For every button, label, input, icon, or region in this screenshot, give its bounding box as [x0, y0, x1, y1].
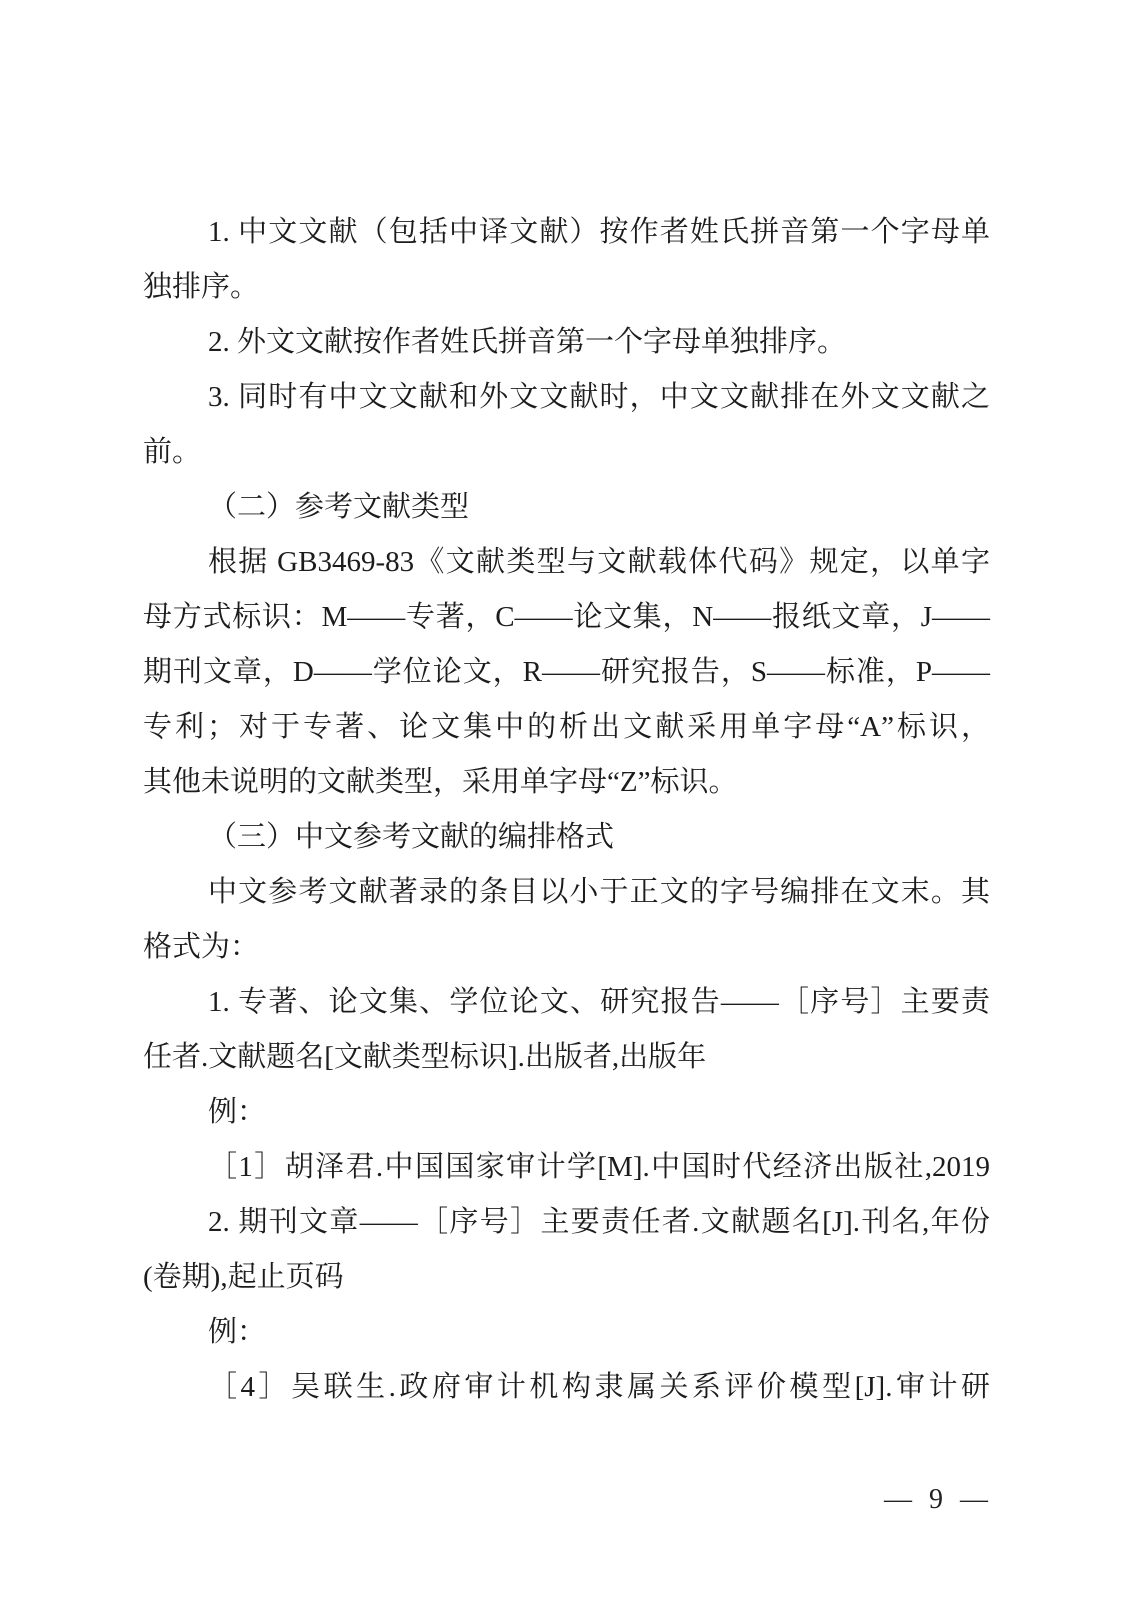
text-line: （二）参考文献类型 — [143, 480, 990, 535]
body-text: 1. 中文文献（包括中译文献）按作者姓氏拼音第一个字母单独排序。2. 外文文献按… — [143, 205, 990, 1415]
text-line: 专利；对于专著、论文集中的析出文献采用单字母“A”标识， — [143, 700, 990, 755]
text-line: 期刊文章，D——学位论文，R——研究报告，S——标准，P—— — [143, 645, 990, 700]
text-line: ［4］吴联生.政府审计机构隶属关系评价模型[J].审计研 — [143, 1360, 990, 1415]
page-number: — 9 — — [884, 1480, 993, 1520]
text-line: 母方式标识：M——专著，C——论文集，N——报纸文章，J—— — [143, 590, 990, 645]
text-line: 例： — [143, 1305, 990, 1360]
text-line: 1. 中文文献（包括中译文献）按作者姓氏拼音第一个字母单 — [143, 205, 990, 260]
text-line: ［1］胡泽君.中国国家审计学[M].中国时代经济出版社,2019 — [143, 1140, 990, 1195]
text-line: 根据 GB3469-83《文献类型与文献载体代码》规定，以单字 — [143, 535, 990, 590]
text-line: 任者.文献题名[文献类型标识].出版者,出版年 — [143, 1030, 990, 1085]
text-line: 2. 期刊文章——［序号］主要责任者.文献题名[J].刊名,年份 — [143, 1195, 990, 1250]
text-line: 1. 专著、论文集、学位论文、研究报告——［序号］主要责 — [143, 975, 990, 1030]
text-line: 其他未说明的文献类型，采用单字母“Z”标识。 — [143, 755, 990, 810]
text-line: 2. 外文文献按作者姓氏拼音第一个字母单独排序。 — [143, 315, 990, 370]
text-line: 独排序。 — [143, 260, 990, 315]
text-line: 例： — [143, 1085, 990, 1140]
text-line: 格式为： — [143, 920, 990, 975]
document-page: 1. 中文文献（包括中译文献）按作者姓氏拼音第一个字母单独排序。2. 外文文献按… — [0, 0, 1131, 1600]
text-line: 前。 — [143, 425, 990, 480]
text-line: 中文参考文献著录的条目以小于正文的字号编排在文末。其 — [143, 865, 990, 920]
text-line: 3. 同时有中文文献和外文文献时，中文文献排在外文文献之 — [143, 370, 990, 425]
text-line: （三）中文参考文献的编排格式 — [143, 810, 990, 865]
text-line: (卷期),起止页码 — [143, 1250, 990, 1305]
